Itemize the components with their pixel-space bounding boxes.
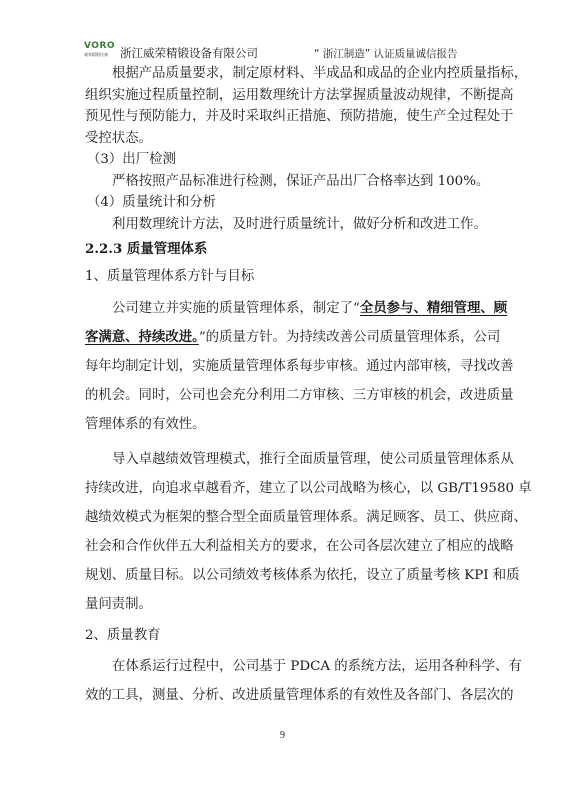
quality-policy-emphasis: 客满意、持续改进。: [85, 329, 199, 345]
item-4-text: 利用数理统计方法，及时进行质量统计，做好分析和改进工作。: [85, 214, 490, 236]
page-number: 9: [0, 730, 565, 741]
header-report-title: “ 浙江制造” 认证质量诚信报告: [314, 46, 458, 61]
text-line: 组织实施过程质量控制，运用数理统计方法掌握质量波动规律，不断提高: [85, 85, 490, 107]
item-3-text: 严格按照产品标准进行检测，保证产品出厂合格率达到 100%。: [85, 171, 490, 193]
subsection-2-heading: 2、质量教育: [85, 625, 490, 647]
text-line: 客满意、持续改进。”的质量方针。为持续改善公司质量管理体系，公司: [85, 323, 490, 352]
text-line: 的机会。同时，公司也会充分利用二方审核、三方审核的机会，改进质量: [85, 381, 490, 410]
text-span: 公司建立并实施的质量管理体系，制定了“: [112, 301, 360, 316]
item-4-heading: （4）质量统计和分析: [85, 192, 490, 214]
text-span: ”的质量方针。为持续改善公司质量管理体系，公司: [199, 330, 500, 345]
quality-policy-emphasis: 全员参与、精细管理、顾: [360, 300, 507, 316]
item-3-heading: （3）出厂检测: [85, 149, 490, 171]
text-line: 每年均制定计划，实施质量管理体系每步审核。通过内部审核，寻找改善: [85, 352, 490, 381]
section-title: 2.2.3 质量管理体系: [85, 238, 490, 260]
intro-paragraph: 根据产品质量要求，制定原材料、半成品和成品的企业内控质量指标， 组织实施过程质量…: [85, 63, 490, 149]
text-line: 社会和合作伙伴五大利益相关方的要求，在公司各层次建立了相应的战略: [85, 532, 490, 561]
text-line: 受控状态。: [85, 128, 490, 150]
logo-wordmark: VORO: [84, 41, 115, 51]
document-body: 根据产品质量要求，制定原材料、半成品和成品的企业内控质量指标， 组织实施过程质量…: [85, 63, 490, 710]
text-line: 规划、质量目标。以公司绩效考核体系为依托，设立了质量考核 KPI 和质: [85, 561, 490, 590]
text-line: 持续改进，向追求卓越看齐，建立了以公司战略为核心，以 GB/T19580 卓: [85, 474, 490, 503]
text-line: 预见性与预防能力，并及时采取纠正措施、预防措施，使生产全过程处于: [85, 106, 490, 128]
text-line: 越绩效模式为框架的整合型全面质量管理体系。满足顾客、员工、供应商、: [85, 503, 490, 532]
text-line: 效的工具，测量、分析、改进质量管理体系的有效性及各部门、各层次的: [85, 681, 490, 710]
quality-policy-paragraph: 公司建立并实施的质量管理体系，制定了“全员参与、精细管理、顾 客满意、持续改进。…: [85, 294, 490, 439]
header-company-name: 浙江威荣精锻设备有限公司: [120, 45, 258, 61]
education-paragraph: 在体系运行过程中，公司基于 PDCA 的系统方法，运用各种科学、有 效的工具，测…: [85, 652, 490, 710]
excellence-paragraph: 导入卓越绩效管理模式，推行全面质量管理，使公司质量管理体系从 持续改进，向追求卓…: [85, 445, 490, 619]
text-line: 管理体系的有效性。: [85, 410, 490, 439]
text-line: 公司建立并实施的质量管理体系，制定了“全员参与、精细管理、顾: [85, 294, 490, 323]
text-line: 导入卓越绩效管理模式，推行全面质量管理，使公司质量管理体系从: [85, 445, 490, 474]
company-logo: VORO 威荣精锻设备: [84, 42, 118, 60]
text-line: 在体系运行过程中，公司基于 PDCA 的系统方法，运用各种科学、有: [85, 652, 490, 681]
logo-subtext: 威荣精锻设备: [84, 52, 108, 58]
text-line: 量问责制。: [85, 590, 490, 619]
page-header: VORO 威荣精锻设备 浙江威荣精锻设备有限公司 “ 浙江制造” 认证质量诚信报…: [84, 42, 484, 62]
text-line: 根据产品质量要求，制定原材料、半成品和成品的企业内控质量指标，: [85, 63, 490, 85]
subsection-1-heading: 1、质量管理体系方针与目标: [85, 266, 490, 288]
